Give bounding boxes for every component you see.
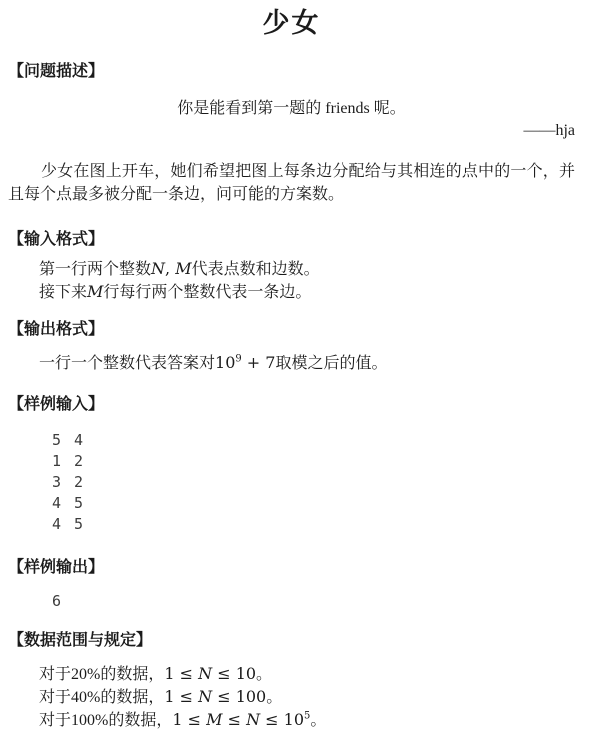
problem-quote: 你是能看到第一题的 friends 呢。 — [8, 98, 575, 120]
section-sample-output: 【样例输出】 6 — [8, 558, 575, 612]
constraints-header: 【数据范围与规定】 — [8, 631, 575, 651]
input-format-body: 第一行两个整数N, M代表点数和边数。 接下来M行每行两个整数代表一条边。 — [8, 258, 575, 304]
input-format-line-1: 第一行两个整数N, M代表点数和边数。 — [8, 258, 575, 281]
section-input-format: 【输入格式】 第一行两个整数N, M代表点数和边数。 接下来M行每行两个整数代表… — [8, 230, 575, 304]
section-problem-description: 【问题描述】 你是能看到第一题的 friends 呢。 ——hja 少女在图上开… — [8, 62, 575, 206]
sample-input-line: 4 5 — [52, 514, 575, 535]
constraint-line-20: 对于20%的数据，1 ≤ N ≤ 10。 — [8, 663, 575, 686]
sample-output-header: 【样例输出】 — [8, 558, 575, 578]
input-format-header: 【输入格式】 — [8, 230, 575, 250]
sample-input-line: 3 2 — [52, 472, 575, 493]
sample-input-line: 1 2 — [52, 451, 575, 472]
output-format-header: 【输出格式】 — [8, 320, 575, 340]
page-title: 少女 — [8, 8, 575, 38]
input-format-line-2: 接下来M行每行两个整数代表一条边。 — [8, 281, 575, 304]
document-page: 少女 【问题描述】 你是能看到第一题的 friends 呢。 ——hja 少女在… — [0, 0, 601, 748]
quote-attribution: ——hja — [8, 120, 575, 142]
section-output-format: 【输出格式】 一行一个整数代表答案对109 + 7取模之后的值。 — [8, 320, 575, 375]
sample-input-header: 【样例输入】 — [8, 395, 575, 415]
problem-statement-paragraph: 少女在图上开车，她们希望把图上每条边分配给与其相连的点中的一个，并且每个点最多被… — [8, 160, 575, 206]
section-constraints: 【数据范围与规定】 对于20%的数据，1 ≤ N ≤ 10。 对于40%的数据，… — [8, 631, 575, 732]
problem-description-header: 【问题描述】 — [8, 62, 575, 82]
constraint-line-100: 对于100%的数据，1 ≤ M ≤ N ≤ 105。 — [8, 709, 575, 732]
section-sample-input: 【样例输入】 5 4 1 2 3 2 4 5 4 5 — [8, 395, 575, 535]
constraint-line-40: 对于40%的数据，1 ≤ N ≤ 100。 — [8, 686, 575, 709]
output-format-line: 一行一个整数代表答案对109 + 7取模之后的值。 — [8, 352, 575, 375]
sample-output-line: 6 — [52, 591, 575, 612]
constraints-body: 对于20%的数据，1 ≤ N ≤ 10。 对于40%的数据，1 ≤ N ≤ 10… — [8, 663, 575, 732]
sample-input-block: 5 4 1 2 3 2 4 5 4 5 — [8, 430, 575, 535]
sample-output-block: 6 — [8, 591, 575, 612]
sample-input-line: 4 5 — [52, 493, 575, 514]
sample-input-line: 5 4 — [52, 430, 575, 451]
